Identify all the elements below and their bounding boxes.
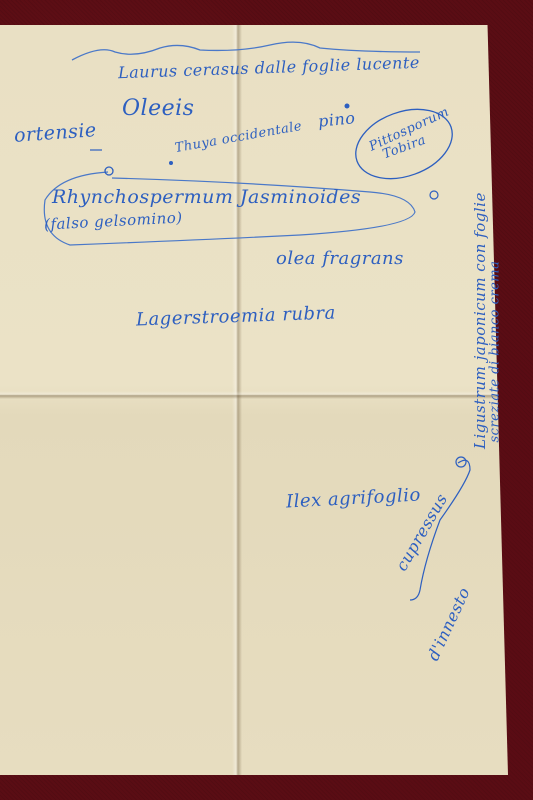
- note-olea: olea fragrans: [276, 248, 404, 269]
- note-ligustrum-1: Ligustrum japonicum con foglie: [471, 149, 489, 449]
- note-oleeis: Oleeis: [122, 96, 194, 121]
- note-rhynchospermum: Rhynchospermum Jasminoides: [52, 186, 361, 208]
- note-ligustrum-2: screziate di bianco crema: [488, 193, 503, 443]
- horizontal-fold: [0, 391, 508, 399]
- note-pino: pino: [317, 108, 356, 131]
